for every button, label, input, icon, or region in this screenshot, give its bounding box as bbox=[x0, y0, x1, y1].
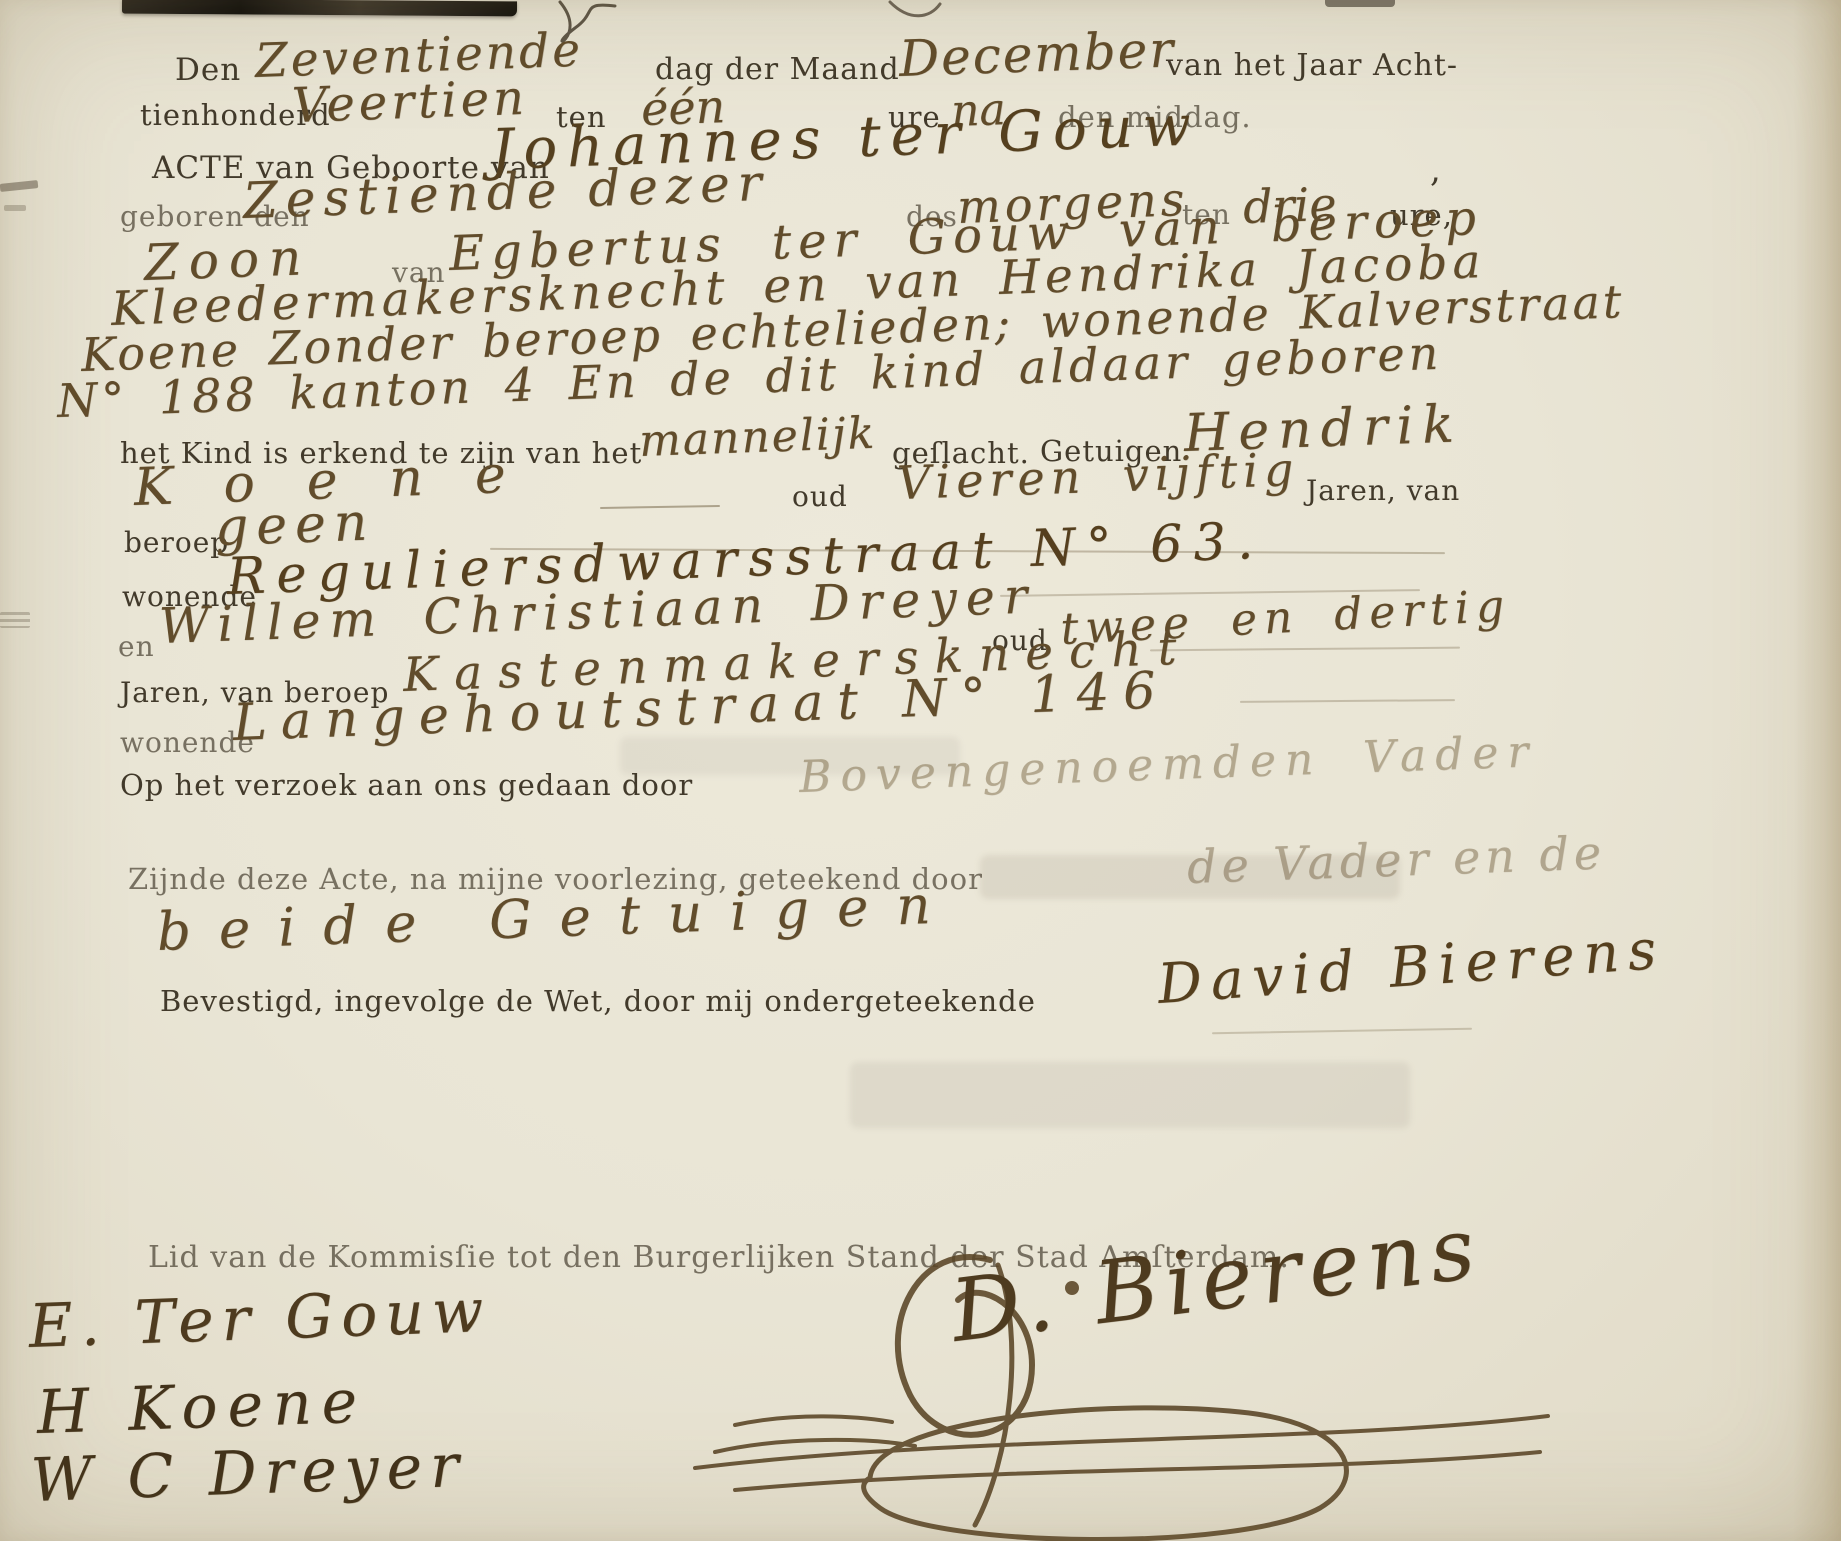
margin-mark bbox=[0, 612, 30, 628]
label-van-het-jaar: van het Jaar Acht- bbox=[1166, 48, 1458, 83]
signature-witness2: W C Dreyer bbox=[30, 1431, 468, 1516]
margin-mark bbox=[4, 205, 26, 211]
margin-mark bbox=[0, 180, 38, 192]
bleedthrough-smudge bbox=[850, 1062, 1410, 1128]
label-en: en bbox=[118, 630, 155, 663]
page-edge-shade bbox=[1793, 0, 1841, 1541]
label-beroep: beroep bbox=[124, 526, 229, 559]
hw-official-name: David Bierens bbox=[1156, 917, 1668, 1016]
label-den: Den bbox=[175, 52, 241, 88]
scan-edge-band bbox=[122, 0, 517, 16]
hw-signed-by: de Vader en de bbox=[1186, 825, 1607, 894]
label-oud: oud bbox=[792, 480, 848, 513]
baseline-rule bbox=[1240, 699, 1455, 703]
birth-certificate-page: Den Zeventiende dag der Maand December v… bbox=[0, 0, 1841, 1541]
label-op-het-verzoek: Op het verzoek aan ons gedaan door bbox=[120, 768, 693, 802]
label-bevestigd: Bevestigd, ingevolge de Wet, door mij on… bbox=[160, 984, 1036, 1018]
scan-edge-band bbox=[1325, 0, 1395, 7]
label-jaren-van: Jaren, van bbox=[1306, 474, 1460, 507]
label-comma: , bbox=[1430, 150, 1442, 190]
filler-dash bbox=[600, 505, 720, 509]
hw-month: December bbox=[898, 20, 1176, 88]
baseline-rule bbox=[1212, 1028, 1472, 1035]
signature-father: E. Ter Gouw bbox=[28, 1276, 493, 1362]
hw-sex: mannelijk bbox=[638, 408, 877, 467]
